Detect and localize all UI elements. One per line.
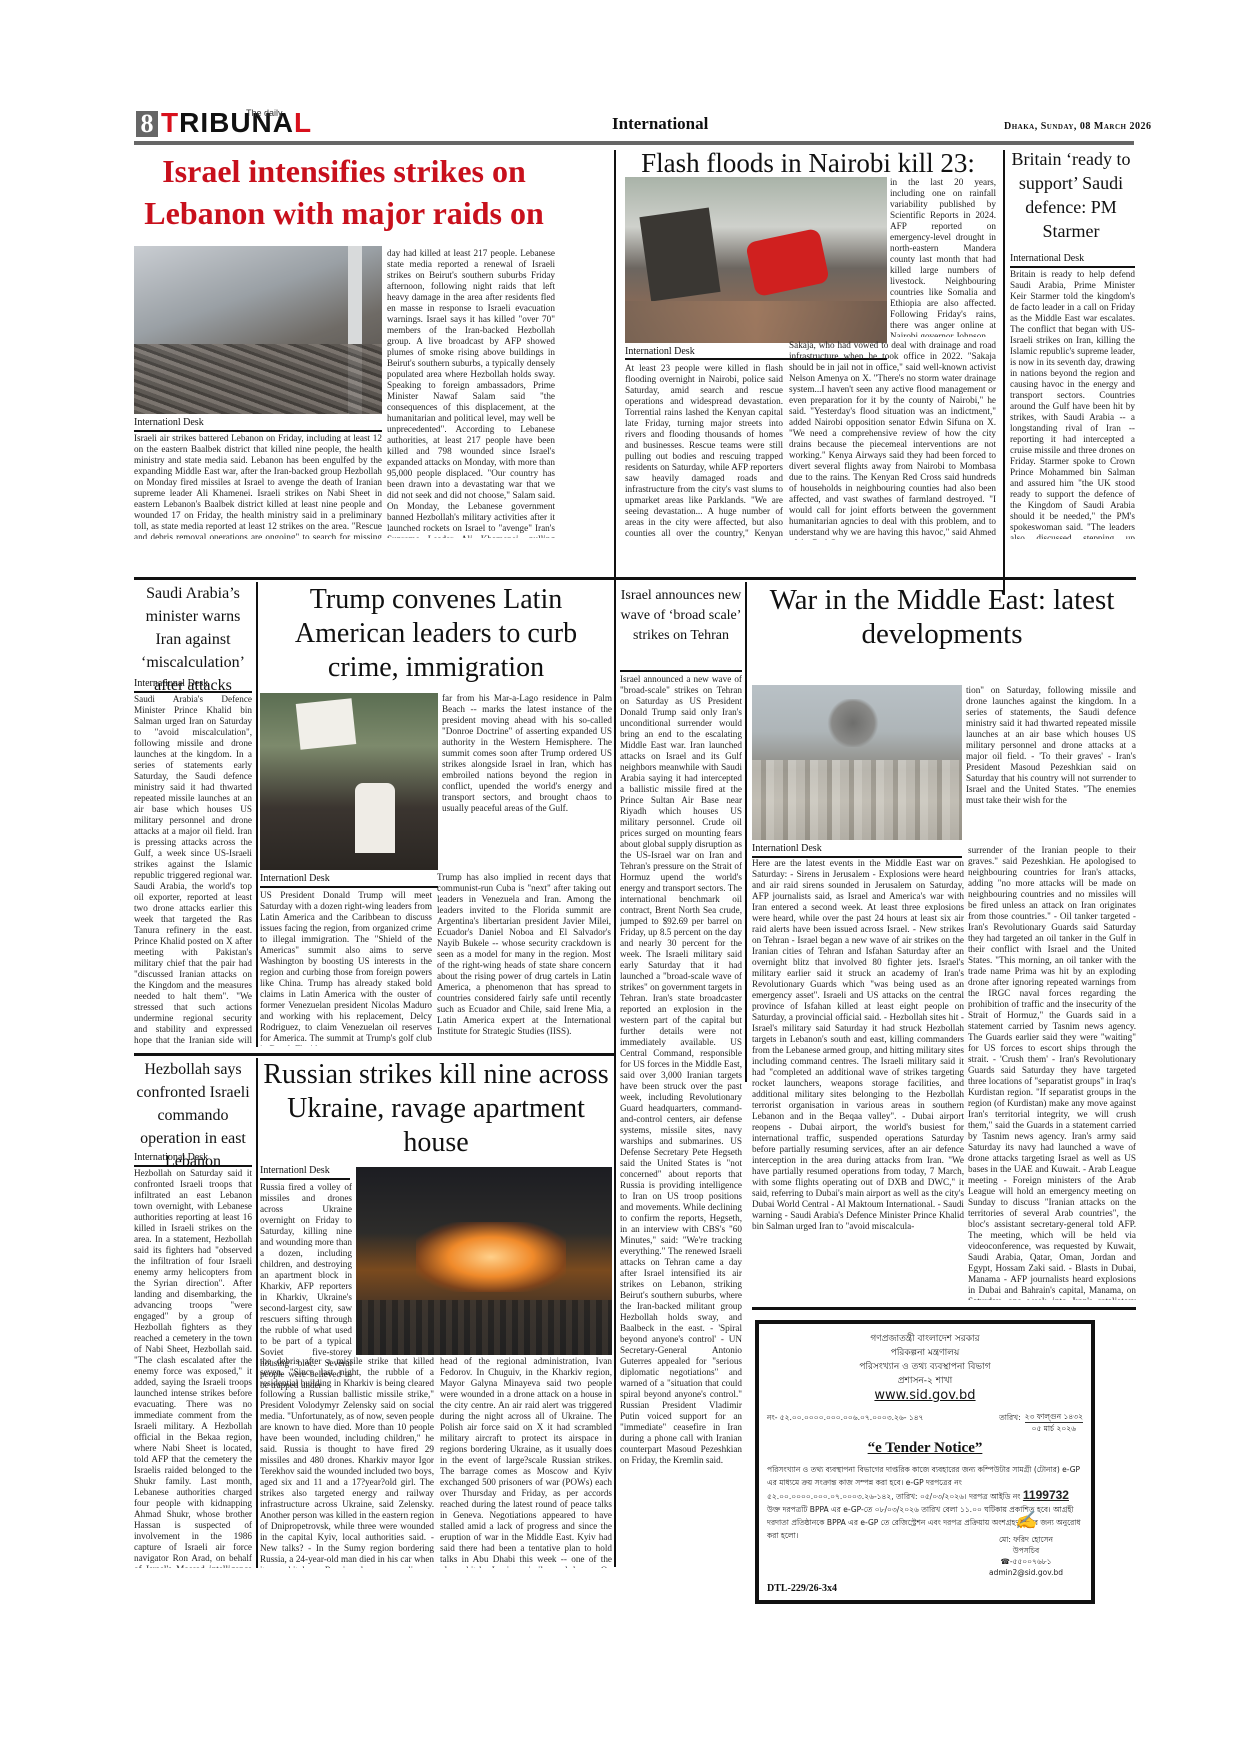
section-rule	[134, 1053, 614, 1056]
column-rule	[256, 582, 258, 1047]
page-number: 8	[136, 111, 158, 137]
tender-date-label: তারিখ:	[999, 1411, 1021, 1434]
article-body: US President Donald Trump will meet Satu…	[260, 890, 432, 1046]
article-body: Saudi Arabia's Defence Minister Prince K…	[134, 694, 252, 1046]
masthead-rule	[134, 141, 1134, 145]
article-body: surrender of the Iranian people to their…	[968, 845, 1136, 1300]
headline-russian-strikes: Russian strikes kill nine across Ukraine…	[262, 1058, 610, 1160]
tender-date-gregorian: ০৫ মার্চ ২০২৬	[1025, 1423, 1083, 1434]
tender-website-link[interactable]: www.sid.gov.bd	[759, 1388, 1091, 1403]
tender-date-bangla: ২৩ ফাল্গুন ১৪৩২	[1025, 1411, 1083, 1423]
tender-memo-number: নং- ৫২.০০.০০০০.০০০.০০৬.০৭.০০০৩.২৬- ১৪৭	[767, 1411, 923, 1434]
desk-byline: International Desk	[1010, 253, 1135, 268]
article-body: Britain is ready to help defend Saudi Ar…	[1010, 269, 1135, 539]
signature-icon: ✍	[971, 1510, 1081, 1534]
tender-signature-block: ✍ মো: ফরিদ হোসেন উপসচিব ☎-৫৫০০৭৬৮১ admin…	[971, 1510, 1081, 1578]
tender-govt-line: গণপ্রজাতন্ত্রী বাংলাদেশ সরকার	[759, 1332, 1091, 1346]
article-body: Israel announced a new wave of "broad-sc…	[620, 674, 742, 1569]
headline-war-middle-east: War in the Middle East: latest developme…	[752, 583, 1132, 651]
article-body: far from his Mar-a-Lago residence in Pal…	[442, 693, 612, 871]
article-body: day had killed at least 217 people. Leba…	[387, 248, 555, 538]
article-body: Hezbollah on Saturday said it confronted…	[134, 1168, 252, 1568]
column-rule	[256, 1058, 258, 1568]
article-body: Here are the latest events in the Middle…	[752, 858, 964, 1298]
tender-notice-ad: গণপ্রজাতন্ত্রী বাংলাদেশ সরকার পরিকল্পনা …	[755, 1320, 1095, 1604]
column-rule	[745, 582, 747, 1082]
headline-israel-broad-scale: Israel announces new wave of ‘broad scal…	[620, 586, 742, 646]
tender-branch-line: প্রশাসন-২ শাখা	[759, 1374, 1091, 1388]
tender-ministry-line: পরিকল্পনা মন্ত্রণালয়	[759, 1346, 1091, 1360]
desk-byline: Internationl Desk	[260, 1165, 350, 1178]
column-rule	[614, 582, 616, 1567]
tender-id: 1199732	[1023, 1488, 1069, 1502]
column-rule	[614, 150, 616, 595]
desk-byline: Internationl Desk	[134, 417, 382, 432]
desk-byline: International Desk	[134, 678, 252, 693]
tender-title: “e Tender Notice”	[759, 1440, 1091, 1457]
desk-byline: International Desk	[134, 1152, 252, 1167]
desk-byline: Internationl Desk	[752, 843, 962, 858]
article-body: Trump has also implied in recent days th…	[437, 872, 611, 1046]
headline-trump-latin: Trump convenes Latin American leaders to…	[262, 583, 610, 685]
photo-trump-protest	[260, 693, 438, 870]
photo-kharkiv-fire	[356, 1167, 612, 1355]
article-body: in the last 20 years, including one on r…	[890, 177, 996, 337]
newspaper-logo: TRIBUNAL	[161, 109, 312, 137]
headline-britain-saudi: Britain ‘ready to support’ Saudi defence…	[1007, 147, 1135, 243]
photo-beirut-rubble	[134, 246, 382, 414]
section-rule	[134, 577, 1136, 580]
article-body: Sakaja, who had vowed to deal with drain…	[789, 340, 996, 540]
article-body: tion" on Saturday, following missile and…	[966, 685, 1136, 845]
rule	[620, 670, 742, 672]
tender-signatory-title: উপসচিব	[971, 1545, 1081, 1556]
photo-tehran-smoke	[752, 685, 962, 840]
tender-division-line: পরিসংখ্যান ও তথ্য ব্যবস্থাপনা বিভাগ	[759, 1360, 1091, 1374]
article-body: head of the regional administration, Iva…	[440, 1356, 612, 1568]
logo-tagline: The daily	[246, 108, 283, 118]
tender-phone: ☎-৫৫০০৭৬৮১	[971, 1556, 1081, 1567]
rule	[260, 1178, 350, 1180]
tender-email[interactable]: admin2@sid.gov.bd	[971, 1567, 1081, 1578]
tender-signatory-name: মো: ফরিদ হোসেন	[971, 1534, 1081, 1545]
dateline: Dhaka, Sunday, 08 March 2026	[1004, 121, 1151, 132]
photo-nairobi-flood	[625, 177, 887, 343]
section-rule	[752, 1307, 1136, 1310]
article-body: the debris after a missile strike that k…	[260, 1356, 434, 1568]
desk-byline: Internationl Desk	[260, 873, 438, 886]
tender-ad-code: DTL-229/26-3x4	[767, 1583, 837, 1594]
column-rule	[1003, 150, 1005, 595]
article-body: Israeli air strikes battered Lebanon on …	[134, 433, 382, 539]
section-title: International	[612, 114, 708, 134]
article-body: At least 23 people were killed in flash …	[625, 363, 783, 539]
rule	[260, 886, 438, 888]
